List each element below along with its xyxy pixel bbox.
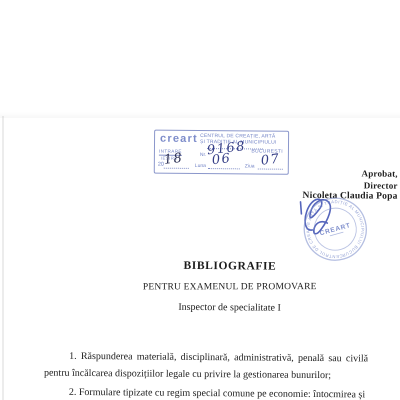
stamp-year-line xyxy=(164,168,189,169)
registry-entry-stamp: creart CENTRUL DE CREAȚIE, ARTĂ ȘI TRADI… xyxy=(154,130,289,175)
handwritten-month: 06 xyxy=(211,152,232,167)
scanned-document-page: creart CENTRUL DE CREAȚIE, ARTĂ ȘI TRADI… xyxy=(0,0,400,400)
bibliography-list: 1. Răspunderea materială, disciplinară, … xyxy=(44,349,368,400)
bibliography-item-1: 1. Răspunderea materială, disciplinară, … xyxy=(44,349,368,385)
title-block: BIBLIOGRAFIE PENTRU EXAMENUL DE PROMOVAR… xyxy=(2,0,400,2)
document-title: BIBLIOGRAFIE xyxy=(183,260,276,273)
document-content: creart CENTRUL DE CREAȚIE, ARTĂ ȘI TRADI… xyxy=(0,0,400,400)
stamp-number-label: Nr. xyxy=(200,152,206,158)
approval-line: Aprobat, xyxy=(303,168,398,180)
handwritten-day: 07 xyxy=(260,153,281,168)
creart-logo: creart xyxy=(160,133,198,145)
handwritten-year: 18 xyxy=(163,152,184,167)
stamp-month-label: Luna xyxy=(195,163,206,169)
stamp-day-label: Ziua xyxy=(245,163,255,169)
document-subtitle: PENTRU EXAMENUL DE PROMOVARE xyxy=(143,282,317,292)
stamp-year-prefix: 20 xyxy=(158,162,164,168)
round-stamp-center-text: CREART xyxy=(319,222,352,237)
bibliography-item-2: 2. Formulare tipizate cu regim special c… xyxy=(44,385,368,400)
document-position-line: Inspector de specialitate I xyxy=(178,302,281,314)
